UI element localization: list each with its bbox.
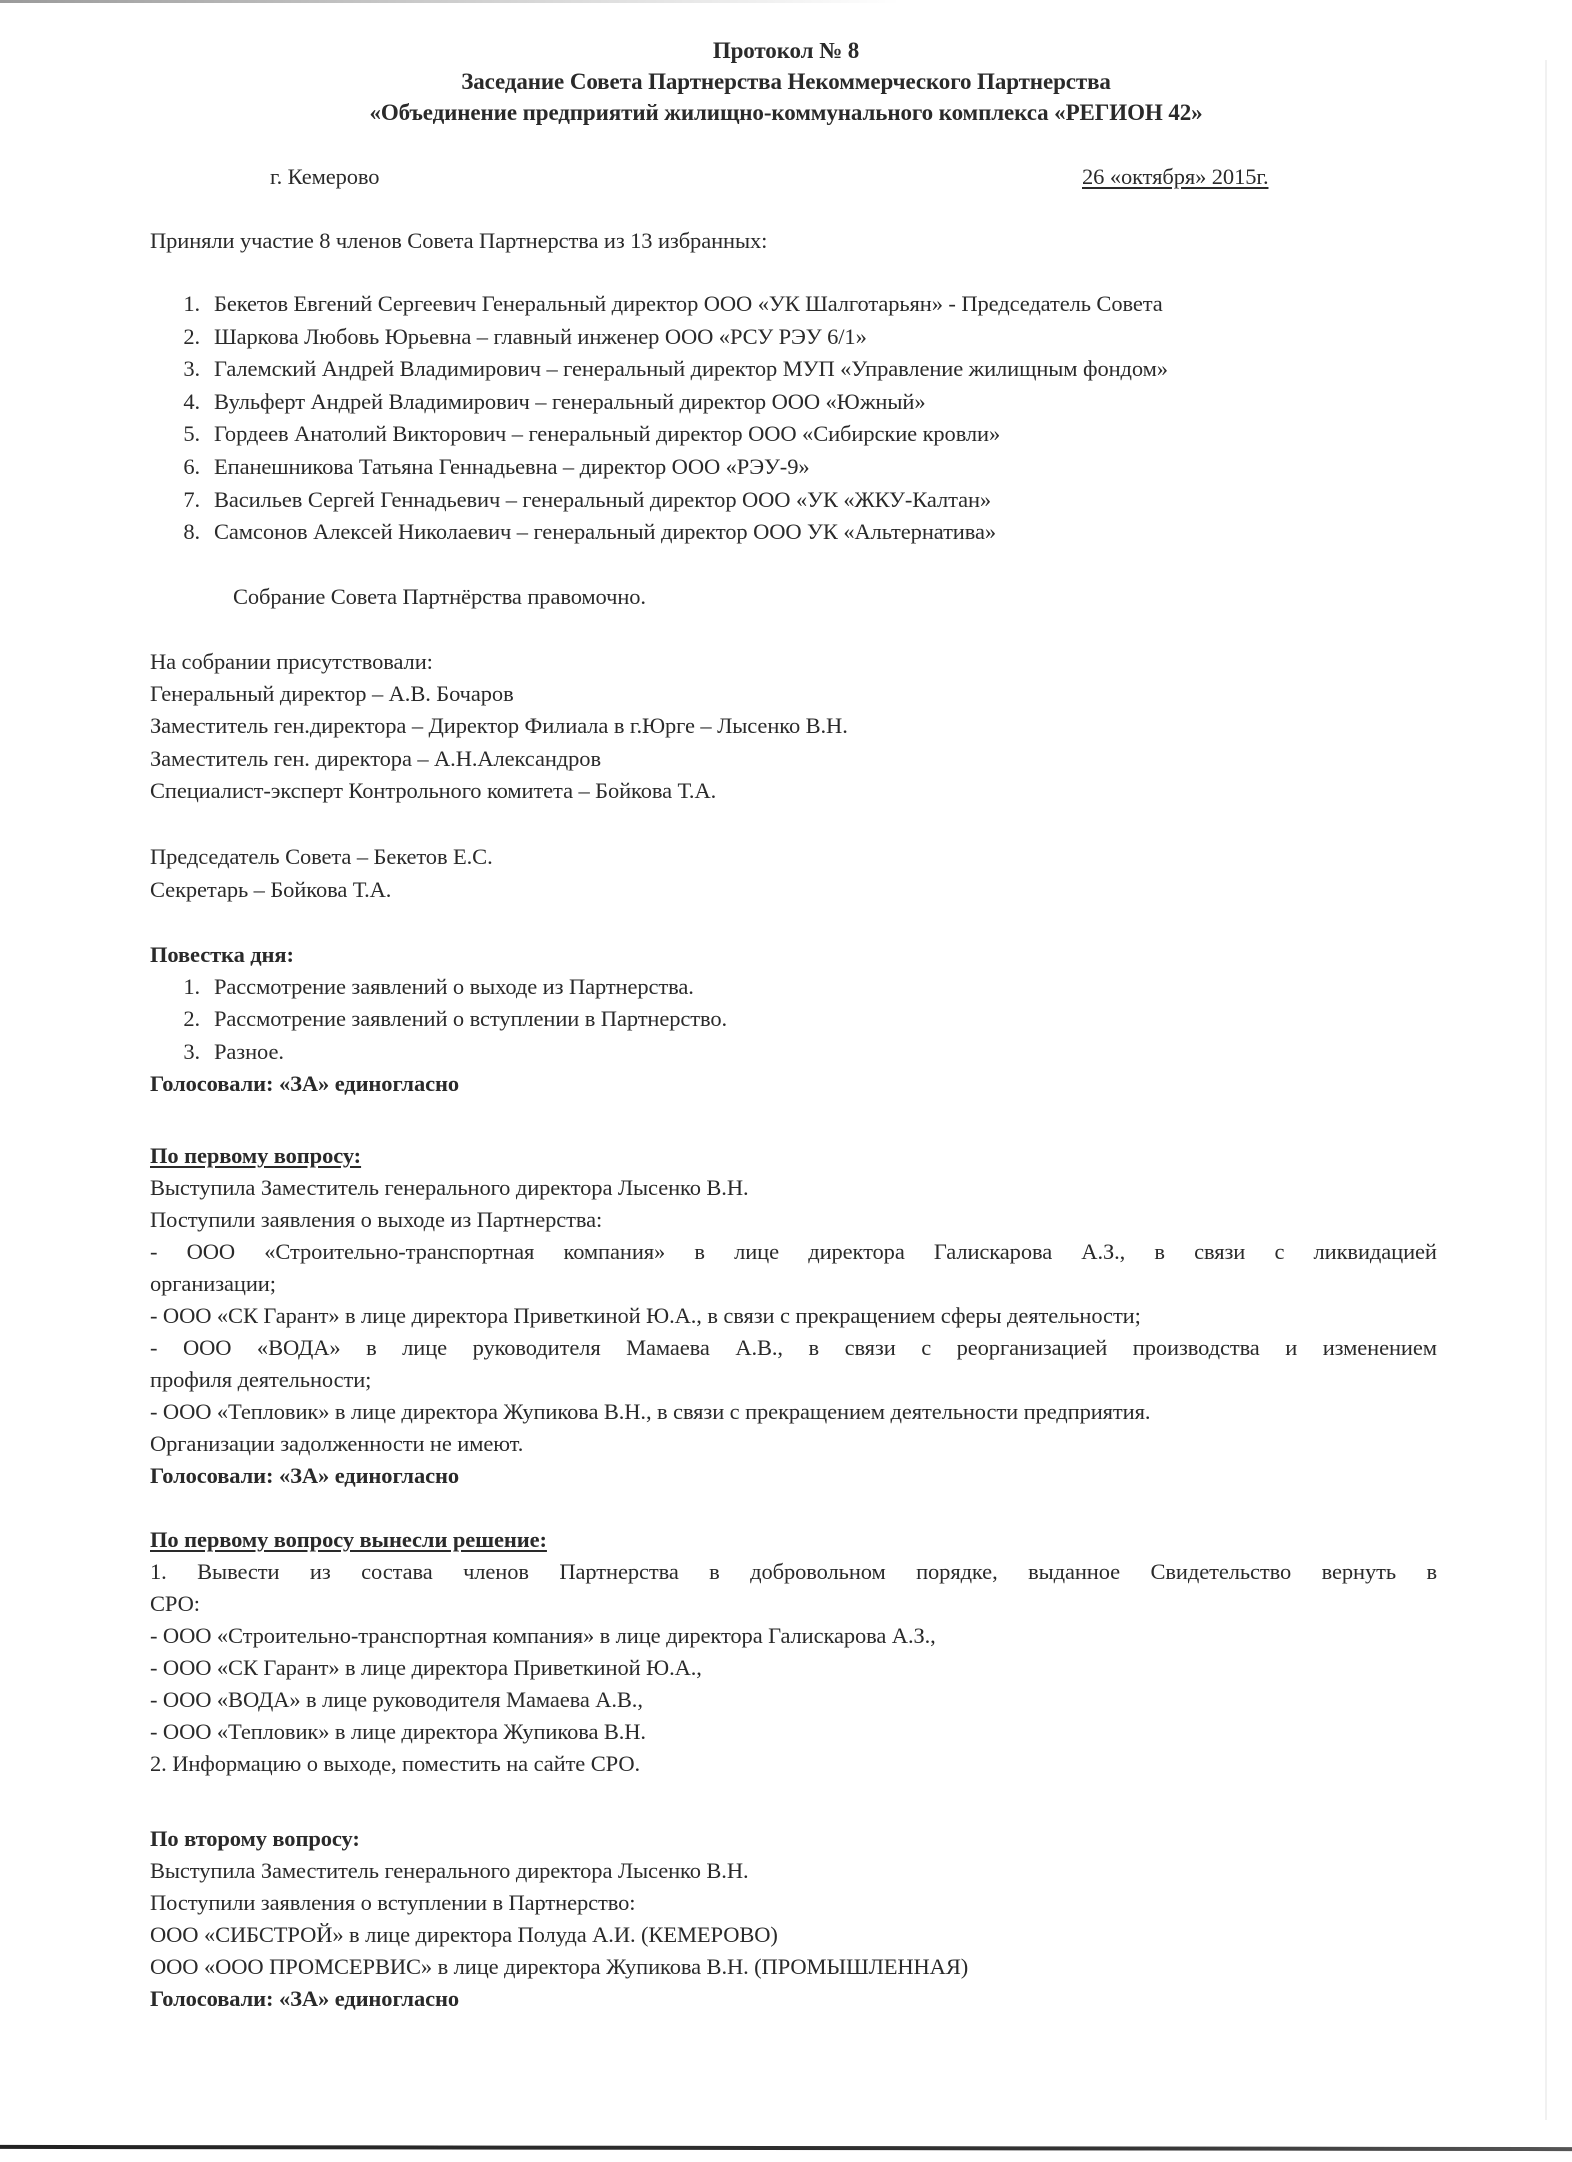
question1-line3: -ООО«ВОДА»влицеруководителяМамаеваА.В.,в… <box>150 1334 1437 1362</box>
word: с <box>921 1334 931 1362</box>
word: «ВОДА» <box>257 1334 341 1362</box>
word: руководителя <box>473 1334 601 1362</box>
decision1-org: - ООО «СК Гарант» в лице директора Приве… <box>150 1654 702 1682</box>
question1-speaker: Выступила Заместитель генерального дирек… <box>150 1174 749 1202</box>
word: А.В., <box>735 1334 783 1362</box>
agenda-item: 2.Рассмотрение заявлений о вступлении в … <box>172 1005 1472 1033</box>
agenda-item-number: 1. <box>172 973 200 1001</box>
word: ликвидацией <box>1314 1238 1437 1266</box>
question2-intro: Поступили заявления о вступлении в Партн… <box>150 1889 635 1917</box>
word: Галискарова <box>934 1238 1052 1266</box>
bleed-through-mark <box>705 22 795 38</box>
scan-edge-bottom <box>0 2145 1572 2151</box>
word: реорганизацией <box>957 1334 1108 1362</box>
scan-edge-top <box>0 0 900 3</box>
agenda-item-number: 3. <box>172 1038 200 1066</box>
member-item-text: Епанешникова Татьяна Геннадьевна – дирек… <box>214 453 810 481</box>
word: производства <box>1133 1334 1260 1362</box>
attendee-line: Заместитель ген.директора – Директор Фил… <box>150 712 848 740</box>
member-item-text: Галемский Андрей Владимирович – генераль… <box>214 355 1168 383</box>
word: в <box>1426 1558 1437 1586</box>
question1-line1: -ООО«Строительно-транспортнаякомпания»вл… <box>150 1238 1437 1266</box>
question1-line1-cont: организации; <box>150 1270 276 1298</box>
attendee-line: Заместитель ген. директора – А.Н.Алексан… <box>150 745 601 773</box>
word: ООО <box>187 1238 235 1266</box>
decision1-item1-cont: СРО: <box>150 1590 200 1618</box>
member-item-text: Вульферт Андрей Владимирович – генеральн… <box>214 388 925 416</box>
quorum-statement: Собрание Совета Партнёрства правомочно. <box>233 583 646 611</box>
member-item-number: 6. <box>172 453 200 481</box>
city: г. Кемерово <box>270 163 379 191</box>
scan-edge-right <box>1545 60 1547 2120</box>
question1-line4: - ООО «Тепловик» в лице директора Жупико… <box>150 1398 1150 1426</box>
member-item: 3.Галемский Андрей Владимирович – генера… <box>172 355 1472 383</box>
word: лице <box>402 1334 447 1362</box>
participants-intro: Приняли участие 8 членов Совета Партнерс… <box>150 227 767 255</box>
word: лице <box>734 1238 779 1266</box>
member-item: 8.Самсонов Алексей Николаевич – генераль… <box>172 518 1472 546</box>
member-item-number: 4. <box>172 388 200 416</box>
attendee-line: Генеральный директор – А.В. Бочаров <box>150 680 514 708</box>
member-item-text: Васильев Сергей Геннадьевич – генеральны… <box>214 486 991 514</box>
question2-speaker: Выступила Заместитель генерального дирек… <box>150 1857 749 1885</box>
word: и <box>1285 1334 1297 1362</box>
decision1-org: - ООО «Тепловик» в лице директора Жупико… <box>150 1718 646 1746</box>
word: Мамаева <box>626 1334 710 1362</box>
document-title: Протокол № 8 <box>0 37 1572 65</box>
decision1-item1: 1.ВывестиизсоставачленовПартнерствавдобр… <box>150 1558 1437 1586</box>
document-page: Протокол № 8 Заседание Совета Партнерств… <box>0 0 1572 2162</box>
word: выданное <box>1028 1558 1120 1586</box>
word: связи <box>1194 1238 1245 1266</box>
word: в <box>694 1238 705 1266</box>
member-item: 6.Епанешникова Татьяна Геннадьевна – дир… <box>172 453 1472 481</box>
member-item-number: 2. <box>172 323 200 351</box>
agenda-item-text: Рассмотрение заявлений о вступлении в Па… <box>214 1005 727 1033</box>
agenda-vote: Голосовали: «ЗА» единогласно <box>150 1070 459 1098</box>
word: изменением <box>1323 1334 1437 1362</box>
word: - <box>150 1334 157 1362</box>
word: Свидетельство <box>1150 1558 1291 1586</box>
question1-vote: Голосовали: «ЗА» единогласно <box>150 1462 459 1490</box>
document-subtitle-1: Заседание Совета Партнерства Некоммерчес… <box>0 68 1572 96</box>
word: Партнерства <box>559 1558 678 1586</box>
member-item-number: 3. <box>172 355 200 383</box>
question1-note: Организации задолженности не имеют. <box>150 1430 523 1458</box>
word: Вывести <box>197 1558 279 1586</box>
decision1-org: - ООО «ВОДА» в лице руководителя Мамаева… <box>150 1686 643 1714</box>
member-item: 1.Бекетов Евгений Сергеевич Генеральный … <box>172 290 1472 318</box>
attendees-heading: На собрании присутствовали: <box>150 648 433 676</box>
member-item-text: Бекетов Евгений Сергеевич Генеральный ди… <box>214 290 1163 318</box>
word: вернуть <box>1322 1558 1396 1586</box>
member-item: 4.Вульферт Андрей Владимирович – генерал… <box>172 388 1472 416</box>
question2-heading: По второму вопросу: <box>150 1825 360 1853</box>
member-item-number: 1. <box>172 290 200 318</box>
agenda-item-number: 2. <box>172 1005 200 1033</box>
word: в <box>1154 1238 1165 1266</box>
member-item-number: 5. <box>172 420 200 448</box>
word: «Строительно-транспортная <box>264 1238 534 1266</box>
word: компания» <box>564 1238 666 1266</box>
word: добровольном <box>750 1558 885 1586</box>
document-date: 26 «октября» 2015г. <box>1082 163 1268 191</box>
member-item-text: Шаркова Любовь Юрьевна – главный инженер… <box>214 323 867 351</box>
secretary: Секретарь – Бойкова Т.А. <box>150 876 391 904</box>
member-item: 2.Шаркова Любовь Юрьевна – главный инжен… <box>172 323 1472 351</box>
agenda-item-text: Разное. <box>214 1038 284 1066</box>
word: ООО <box>183 1334 231 1362</box>
member-item-text: Самсонов Алексей Николаевич – генеральны… <box>214 518 996 546</box>
agenda-heading: Повестка дня: <box>150 941 294 969</box>
question1-line3-cont: профиля деятельности; <box>150 1366 371 1394</box>
agenda-item-text: Рассмотрение заявлений о выходе из Партн… <box>214 973 694 1001</box>
word: в <box>366 1334 377 1362</box>
word: А.З., <box>1081 1238 1125 1266</box>
member-item-number: 8. <box>172 518 200 546</box>
word: порядке, <box>916 1558 998 1586</box>
question1-intro: Поступили заявления о выходе из Партнерс… <box>150 1206 602 1234</box>
agenda-item: 3.Разное. <box>172 1038 1472 1066</box>
word: директора <box>808 1238 904 1266</box>
question2-vote: Голосовали: «ЗА» единогласно <box>150 1985 459 2013</box>
decision1-org: - ООО «Строительно-транспортная компания… <box>150 1622 936 1650</box>
document-subtitle-2: «Объединение предприятий жилищно-коммуна… <box>0 99 1572 127</box>
member-item-number: 7. <box>172 486 200 514</box>
word: с <box>1274 1238 1284 1266</box>
question2-applicant: ООО «ООО ПРОМСЕРВИС» в лице директора Жу… <box>150 1953 968 1981</box>
agenda-item: 1.Рассмотрение заявлений о выходе из Пар… <box>172 973 1472 1001</box>
word: в <box>709 1558 720 1586</box>
word: в <box>809 1334 820 1362</box>
member-item: 5.Гордеев Анатолий Викторович – генераль… <box>172 420 1472 448</box>
attendee-line: Специалист-эксперт Контрольного комитета… <box>150 777 716 805</box>
word: связи <box>845 1334 896 1362</box>
question2-applicant: ООО «СИБСТРОЙ» в лице директора Полуда А… <box>150 1921 778 1949</box>
chair: Председатель Совета – Бекетов Е.С. <box>150 843 493 871</box>
word: состава <box>361 1558 433 1586</box>
word: - <box>150 1238 157 1266</box>
word: 1. <box>150 1558 167 1586</box>
decision1-item2: 2. Информацию о выходе, поместить на сай… <box>150 1750 640 1778</box>
word: членов <box>463 1558 529 1586</box>
question1-heading: По первому вопросу: <box>150 1142 361 1170</box>
decision1-heading: По первому вопросу вынесли решение: <box>150 1526 547 1554</box>
member-item: 7.Васильев Сергей Геннадьевич – генераль… <box>172 486 1472 514</box>
question1-line2: - ООО «СК Гарант» в лице директора Приве… <box>150 1302 1141 1330</box>
word: из <box>310 1558 331 1586</box>
member-item-text: Гордеев Анатолий Викторович – генеральны… <box>214 420 1000 448</box>
